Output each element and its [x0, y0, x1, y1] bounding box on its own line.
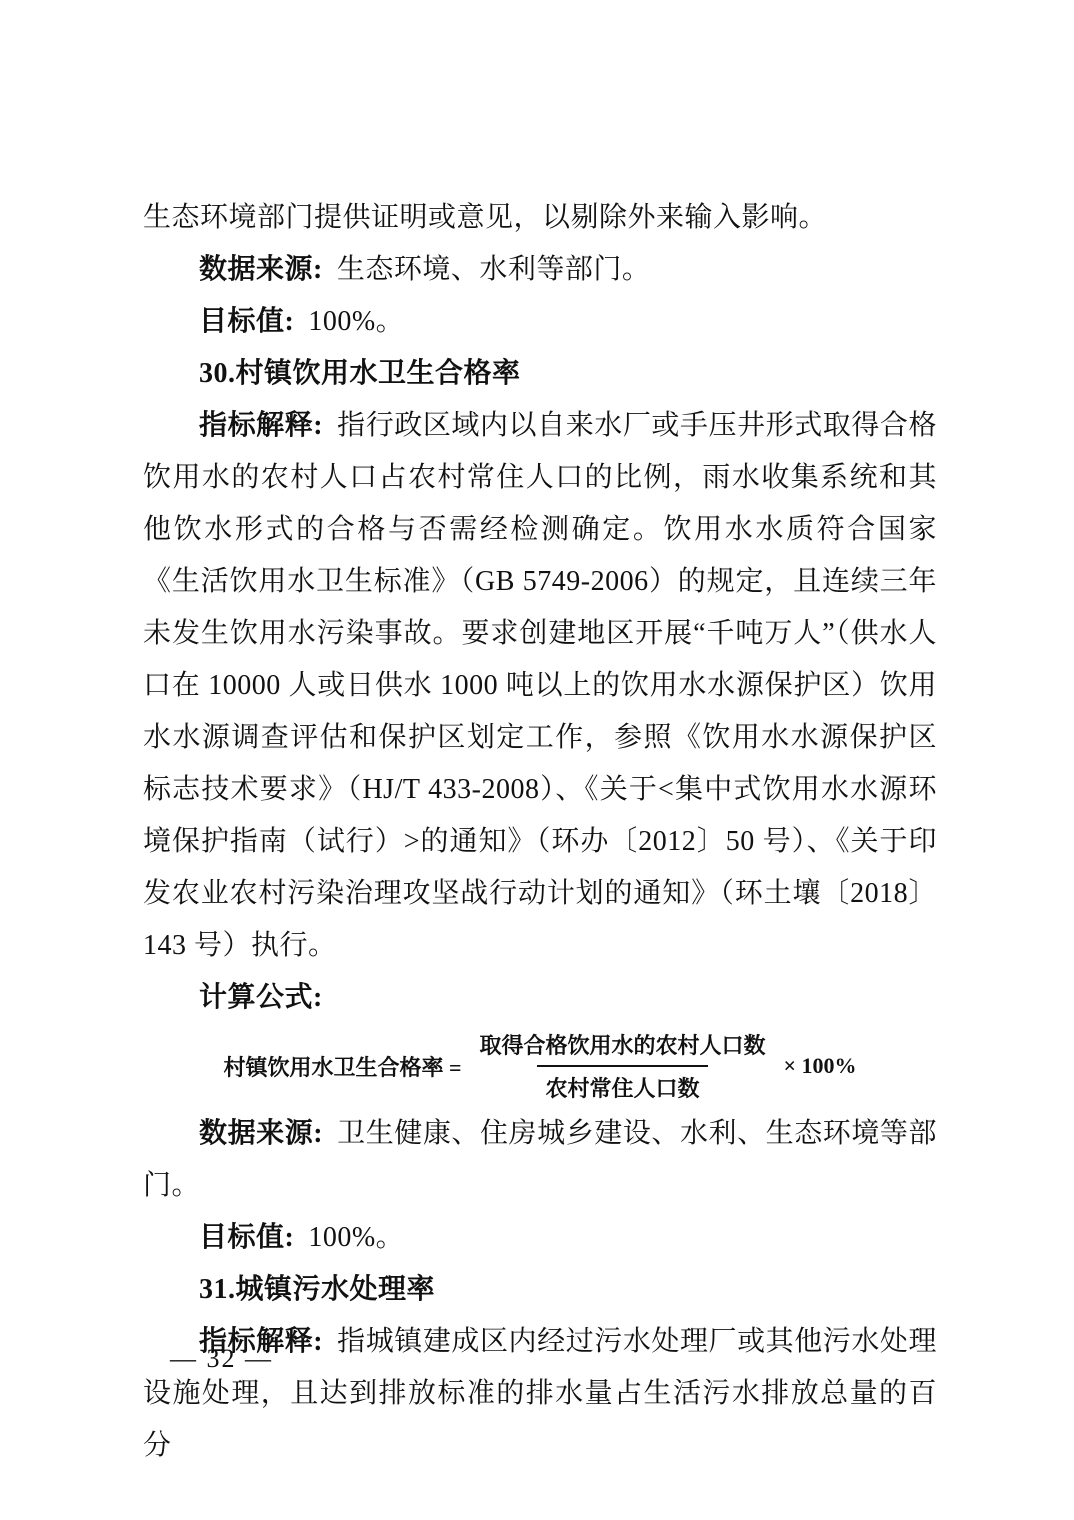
- data-source-line-30: 数据来源:卫生健康、住房城乡建设、水利、生态环境等部门。: [143, 1108, 937, 1212]
- indicator-explanation-30: 指标解释:指行政区域内以自来水厂或手压井形式取得合格饮用水的农村人口占农村常住人…: [143, 400, 937, 972]
- formula-fraction: 取得合格饮用水的农村人口数 农村常住人口数: [471, 1029, 773, 1103]
- document-body: 生态环境部门提供证明或意见，以剔除外来输入影响。 数据来源:生态环境、水利等部门…: [143, 192, 937, 1472]
- target-value-label: 目标值:: [199, 306, 294, 337]
- target-value-text: 100%。: [308, 1222, 404, 1253]
- data-source-label: 数据来源:: [199, 254, 323, 285]
- formula-rhs: × 100%: [784, 1053, 857, 1079]
- indicator-explanation-31: 指标解释:指城镇建成区内经过污水处理厂或其他污水处理设施处理，且达到排放标准的排…: [143, 1316, 937, 1472]
- formula-lhs: 村镇饮用水卫生合格率 =: [223, 1051, 461, 1082]
- formula-drinking-water-pass-rate: 村镇饮用水卫生合格率 = 取得合格饮用水的农村人口数 农村常住人口数 × 100…: [143, 1026, 937, 1106]
- data-source-text: 生态环境、水利等部门。: [337, 254, 651, 285]
- data-source-label: 数据来源:: [199, 1118, 323, 1149]
- formula-denominator: 农村常住人口数: [537, 1065, 707, 1103]
- section-heading-30: 30.村镇饮用水卫生合格率: [143, 348, 937, 400]
- indicator-explanation-text: 指行政区域内以自来水厂或手压井形式取得合格饮用水的农村人口占农村常住人口的比例，…: [143, 410, 937, 961]
- page-number: — 32 —: [170, 1342, 273, 1376]
- target-value-label: 目标值:: [199, 1222, 294, 1253]
- document-page: 生态环境部门提供证明或意见，以剔除外来输入影响。 数据来源:生态环境、水利等部门…: [0, 0, 1074, 1520]
- target-value-text: 100%。: [308, 306, 404, 337]
- target-value-line-30: 目标值:100%。: [143, 1212, 937, 1264]
- target-value-line-29: 目标值:100%。: [143, 296, 937, 348]
- paragraph-continuation: 生态环境部门提供证明或意见，以剔除外来输入影响。: [143, 192, 937, 244]
- data-source-line-29: 数据来源:生态环境、水利等部门。: [143, 244, 937, 296]
- formula-numerator: 取得合格饮用水的农村人口数: [471, 1029, 773, 1065]
- formula-label-line: 计算公式:: [143, 972, 937, 1024]
- formula-label: 计算公式:: [199, 982, 323, 1013]
- indicator-explanation-label: 指标解释:: [199, 410, 323, 441]
- section-heading-31: 31.城镇污水处理率: [143, 1264, 937, 1316]
